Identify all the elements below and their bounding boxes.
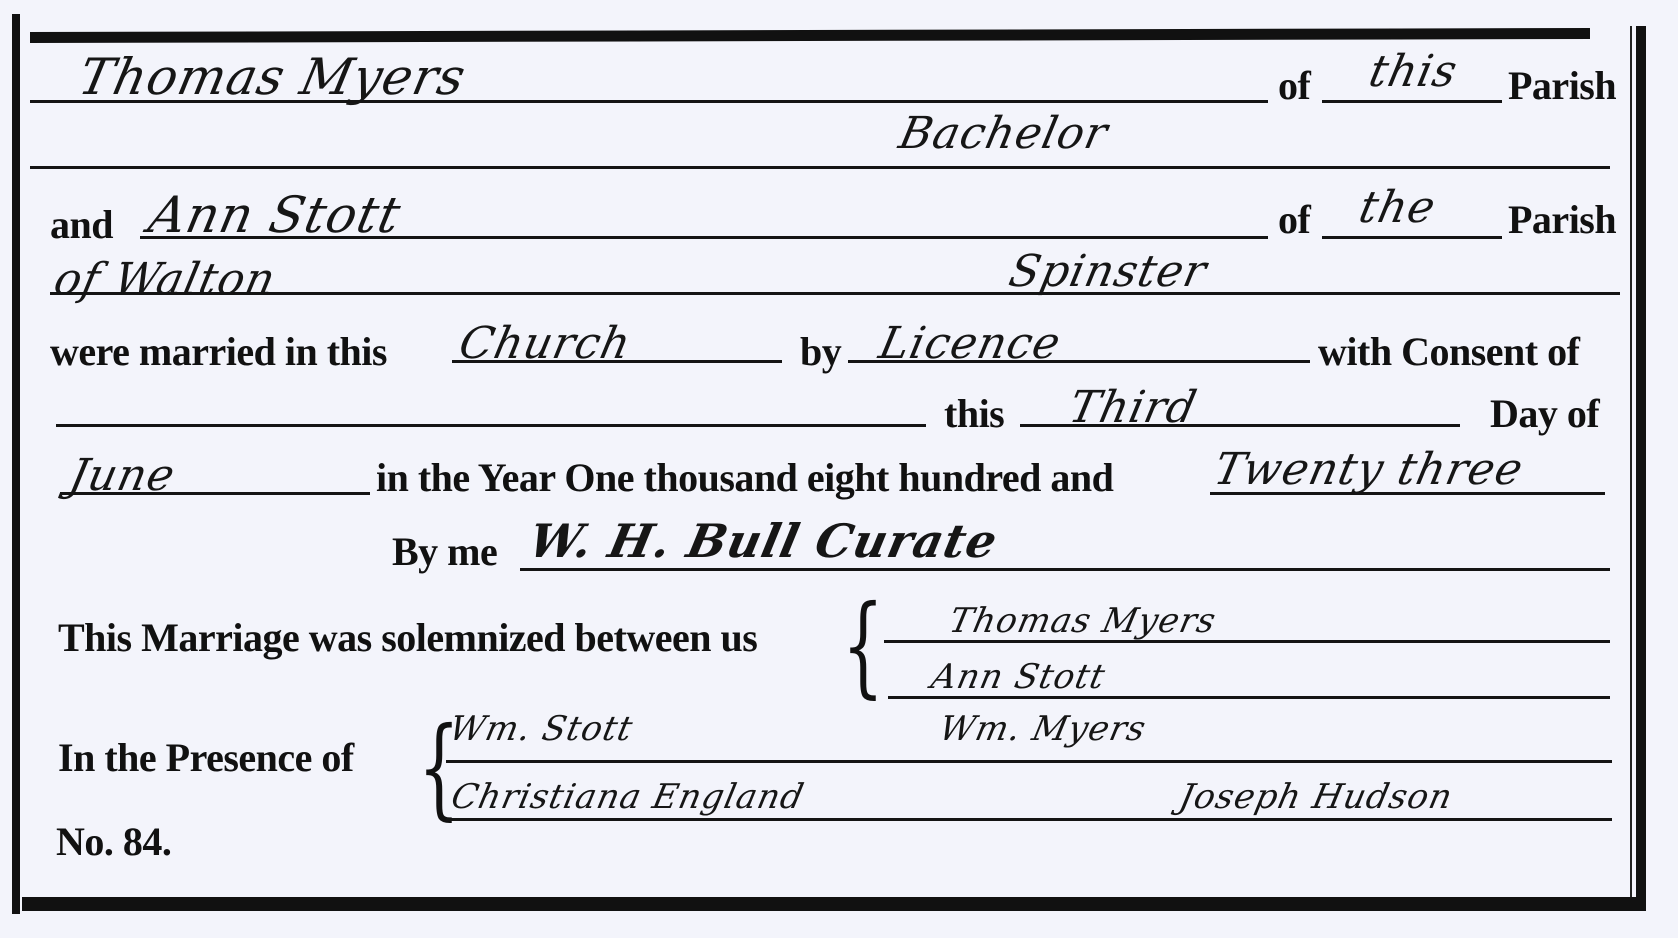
solemnized-brace: {	[842, 590, 884, 700]
groom-name-line	[30, 100, 1268, 103]
witness-signature-4: Joseph Hudson	[1176, 780, 1456, 814]
this-label: this	[944, 394, 1004, 434]
married-label: were married in this	[50, 332, 387, 372]
witness-line-1	[446, 760, 1612, 763]
ceremony-year-line	[1210, 492, 1605, 495]
frame-border-inner-right	[1630, 26, 1632, 906]
groom-parish-line	[1322, 100, 1502, 103]
groom-condition: Bachelor	[895, 112, 1112, 156]
witnesses-label: In the Presence of	[58, 738, 354, 778]
bride-name-line	[140, 236, 1268, 239]
bride-and-label: and	[50, 205, 113, 245]
officiant-line	[520, 568, 1610, 571]
ceremony-place-line	[452, 360, 782, 363]
witness-signature-1: Wm. Stott	[446, 712, 636, 746]
witness-line-2	[446, 818, 1612, 821]
witness-signature-3: Christiana England	[448, 780, 807, 814]
consent-label: with Consent of	[1318, 332, 1579, 372]
ceremony-year-value: Twenty three	[1210, 448, 1527, 492]
entry-number: No. 84.	[56, 822, 171, 862]
solemnized-line-2	[888, 696, 1610, 699]
officiant-signature: W. H. Bull Curate	[525, 518, 1002, 564]
groom-condition-line	[30, 166, 1610, 169]
consent-value-line	[56, 424, 926, 427]
bride-parish-label: Parish	[1508, 200, 1616, 240]
ceremony-day-line	[1020, 424, 1460, 427]
bride-parish-name: of Walton	[50, 258, 279, 302]
ceremony-month-line	[60, 492, 370, 495]
bride-parish-line	[1322, 236, 1502, 239]
by-label: by	[800, 332, 841, 372]
bride-name: Ann Stott	[145, 190, 406, 240]
groom-name: Thomas Myers	[75, 52, 471, 102]
solemnized-line-1	[884, 640, 1610, 643]
frame-border-bottom	[22, 897, 1646, 911]
bride-parish-value: the	[1355, 186, 1439, 230]
day-of-label: Day of	[1490, 394, 1599, 434]
solemnized-signature-bride: Ann Stott	[928, 660, 1108, 694]
bride-condition-line	[50, 292, 1620, 295]
ceremony-by-line	[848, 360, 1310, 363]
frame-border-left	[12, 14, 20, 914]
frame-border-top	[30, 28, 1590, 43]
frame-border-right	[1636, 26, 1646, 906]
solemnized-label: This Marriage was solemnized between us	[58, 618, 757, 658]
year-label: in the Year One thousand eight hundred a…	[376, 458, 1113, 498]
bride-condition: Spinster	[1005, 250, 1210, 294]
groom-parish-value: this	[1365, 50, 1461, 94]
groom-of-label: of	[1278, 66, 1310, 106]
witness-signature-2: Wm. Myers	[936, 712, 1149, 746]
groom-parish-label: Parish	[1508, 66, 1616, 106]
solemnized-signature-groom: Thomas Myers	[946, 604, 1219, 638]
by-me-label: By me	[392, 532, 497, 572]
bride-of-label: of	[1278, 200, 1310, 240]
